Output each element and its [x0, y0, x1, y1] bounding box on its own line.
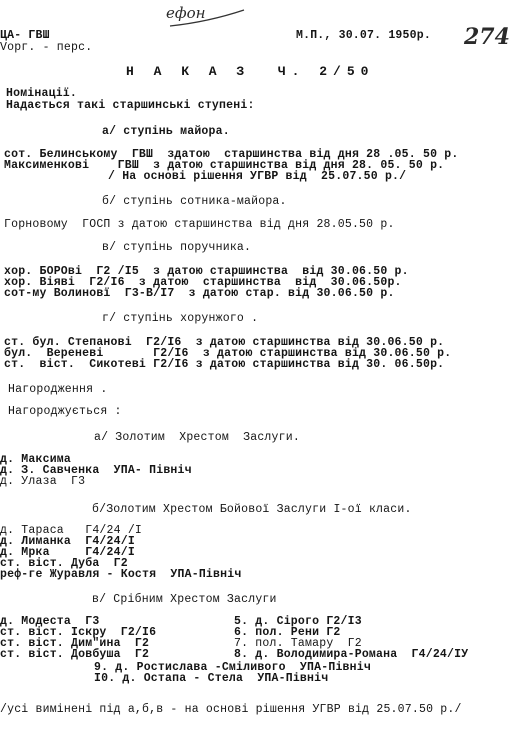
- award-line: І0. д. Остапа - Стела УПА-Північ: [94, 673, 328, 685]
- footer-note: /усі вимінені під а,б,в - на основі ріше…: [0, 704, 462, 716]
- awards-heading: Нагородження .: [8, 384, 107, 396]
- nomination-line: ст. віст. Сикотеві Г2/І6 з датою старшин…: [4, 359, 444, 371]
- award-line: ст. віст. Довбуша Г2: [0, 649, 149, 661]
- page-number: 274: [464, 24, 510, 50]
- section-label-poruchnyk: в/ ступінь поручника.: [102, 242, 251, 254]
- nomination-line: Горновому ГОСП з датою старшинства від д…: [4, 219, 395, 231]
- nominations-intro: Надається такі старшинські ступені:: [6, 100, 255, 112]
- handwritten-stroke: [168, 6, 248, 30]
- awards-intro: Нагороджується :: [8, 406, 122, 418]
- nomination-line: сот-му Волиновї Г3-В/І7 з датою стар. ві…: [4, 288, 395, 300]
- award-section-label-gold-cross: а/ Золотим Хрестом Заслуги.: [94, 432, 300, 444]
- order-title: Н А К А З Ч. 2/50: [126, 66, 374, 78]
- org-line-2: Vорг. - перс.: [0, 42, 92, 54]
- section-label-major: а/ ступінь майора.: [102, 126, 230, 138]
- section-label-khorunzhyi: г/ ступінь хорунжого .: [102, 313, 258, 325]
- award-line: реф-ге Журавля - Костя УПА-Північ: [0, 569, 241, 581]
- award-section-label-silver-cross: в/ Срібним Хрестом Заслуги: [92, 594, 277, 606]
- award-line: 8. д. Володимира-Романа Г4/24/ІУ: [234, 649, 468, 661]
- place-date: М.П., 30.07. 1950р.: [296, 30, 431, 42]
- section-label-sotnyk: б/ ступінь сотника-майора.: [102, 196, 287, 208]
- award-line: д. Улаза Г3: [0, 476, 85, 488]
- award-section-label-combat-cross: б/Золотим Хрестом Бойової Заслуги І-ої к…: [92, 504, 412, 516]
- nomination-line: / На основі рішення УГВР від 25.07.50 р.…: [108, 171, 406, 183]
